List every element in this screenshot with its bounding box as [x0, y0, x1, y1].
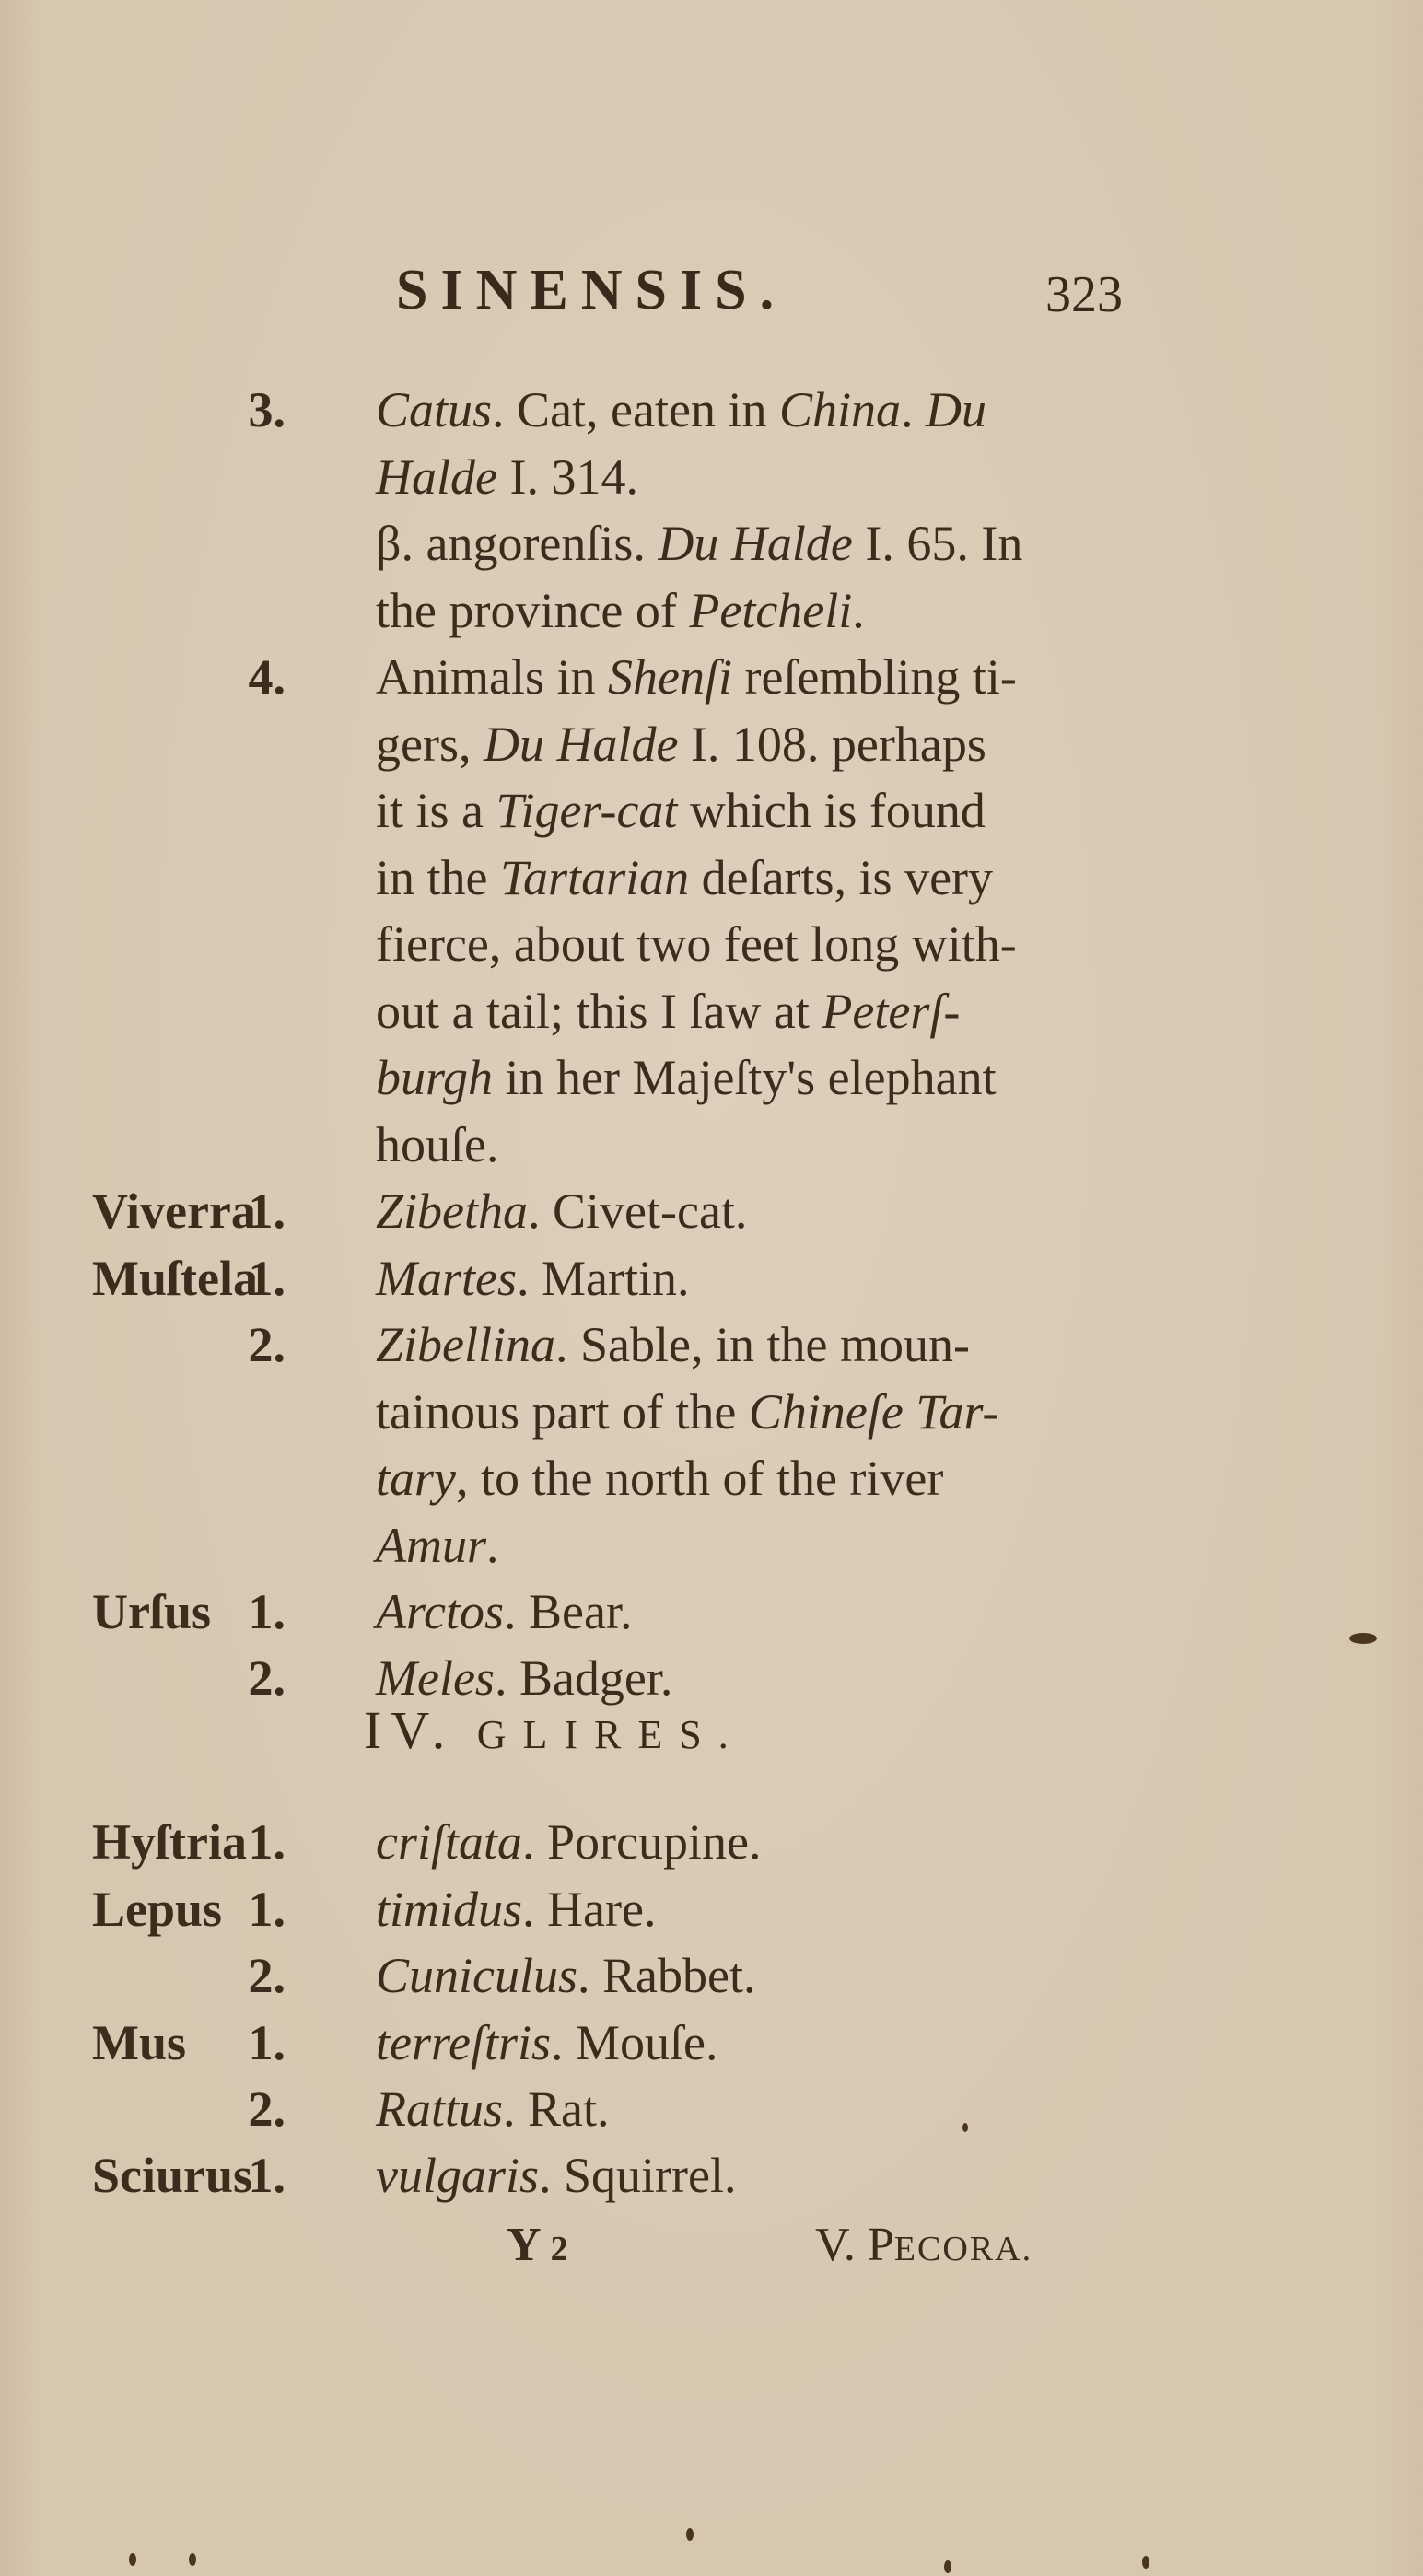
species-name: Rattus	[376, 2081, 503, 2137]
entry-line: 3.Catus. Cat, eaten in China. Du	[0, 373, 1423, 447]
species-name: Cuniculus	[376, 1948, 577, 2003]
entry-number: 1.	[249, 1872, 286, 1946]
section-title: GLIRES.	[477, 1712, 745, 1757]
entry-text: criſtata. Porcupine.	[376, 1805, 1113, 1879]
glires-entry: Lepus1.timidus. Hare.	[0, 1872, 1423, 1946]
paper-speck	[686, 2528, 694, 2541]
paper-speck	[129, 2553, 136, 2566]
common-name: . Hare.	[522, 1882, 656, 1937]
entry-line: Halde I. 314.	[0, 440, 1423, 514]
entry-line: 2.Zibellina. Sable, in the moun-	[0, 1308, 1423, 1381]
common-name: . Rabbet.	[577, 1948, 755, 2003]
entry-line: β. angorenſis. Du Halde I. 65. In	[0, 507, 1423, 580]
entry-text: it is a Tiger-cat which is found	[376, 774, 1113, 847]
entry-number: 1.	[249, 1575, 286, 1649]
entry-number: 3.	[249, 373, 286, 447]
entry-text: Zibellina. Sable, in the moun-	[376, 1308, 1113, 1381]
entry-text: tainous part of the Chineſe Tar-	[376, 1375, 1113, 1449]
paper-speck	[944, 2560, 951, 2573]
common-name: . Porcupine.	[522, 1814, 761, 1870]
entry-text: Rattus. Rat.	[376, 2072, 1113, 2146]
entry-text: tary, to the north of the river	[376, 1441, 1113, 1515]
signature-mark: Y2	[507, 2218, 568, 2272]
entry-line: Urſus1.Arctos. Bear.	[0, 1575, 1423, 1649]
glires-entry: 2.Rattus. Rat.	[0, 2072, 1423, 2146]
glires-entry: Hyſtria1.criſtata. Porcupine.	[0, 1805, 1423, 1879]
section-heading: IV. GLIRES.	[364, 1699, 745, 1761]
entry-text: fierce, about two feet long with-	[376, 907, 1113, 981]
entry-text: houſe.	[376, 1108, 1113, 1182]
entry-line: Amur.	[0, 1509, 1423, 1582]
entry-number: 2.	[249, 1939, 286, 2012]
entry-text: Martes. Martin.	[376, 1241, 1113, 1315]
catchword: V. PECORA.	[815, 2218, 1032, 2272]
glires-entry: 2.Cuniculus. Rabbet.	[0, 1939, 1423, 2012]
entry-line: Muſtela1.Martes. Martin.	[0, 1241, 1423, 1315]
common-name: . Mouſe.	[551, 2015, 718, 2070]
glires-entry: Mus1.terreſtris. Mouſe.	[0, 2006, 1423, 2080]
entry-text: Animals in Shenſi reſembling ti-	[376, 640, 1113, 714]
catchword-rest: ECORA.	[894, 2230, 1032, 2268]
entry-number: 1.	[249, 1241, 286, 1315]
entry-text: Cuniculus. Rabbet.	[376, 1939, 1113, 2012]
common-name: . Rat.	[503, 2081, 610, 2137]
entry-number: 1.	[249, 1805, 286, 1879]
signature-number: 2	[551, 2230, 568, 2268]
page-number: 323	[1045, 265, 1123, 324]
entry-number: 4.	[249, 640, 286, 714]
entry-text: β. angorenſis. Du Halde I. 65. In	[376, 507, 1113, 580]
entry-line: the province of Petcheli.	[0, 574, 1423, 647]
common-name: . Squirrel.	[539, 2148, 736, 2203]
entry-text: terreſtris. Mouſe.	[376, 2006, 1113, 2080]
species-name: criſtata	[376, 1814, 522, 1870]
running-head: SINENSIS.	[396, 258, 787, 323]
entry-text: out a tail; this I ſaw at Peterſ-	[376, 974, 1113, 1048]
entry-number: 1.	[249, 1174, 286, 1248]
entry-line: 4.Animals in Shenſi reſembling ti-	[0, 640, 1423, 714]
entry-line: burgh in her Majeſty's elephant	[0, 1041, 1423, 1114]
entry-text: the province of Petcheli.	[376, 574, 1113, 647]
entry-line: tainous part of the Chineſe Tar-	[0, 1375, 1423, 1449]
species-name: terreſtris	[376, 2015, 551, 2070]
entry-number: 2.	[249, 1641, 286, 1715]
entry-line: houſe.	[0, 1108, 1423, 1182]
paper-speck	[1142, 2556, 1149, 2569]
entry-line: it is a Tiger-cat which is found	[0, 774, 1423, 847]
entry-text: Halde I. 314.	[376, 440, 1113, 514]
book-page: SINENSIS. 323 3.Catus. Cat, eaten in Chi…	[0, 0, 1423, 2576]
paper-speck	[1349, 1633, 1377, 1644]
entry-text: in the Tartarian deſarts, is very	[376, 841, 1113, 915]
entry-number: 1.	[249, 2139, 286, 2212]
entry-text: vulgaris. Squirrel.	[376, 2139, 1113, 2212]
entry-line: Viverra1.Zibetha. Civet-cat.	[0, 1174, 1423, 1248]
entry-line: in the Tartarian deſarts, is very	[0, 841, 1423, 915]
entry-number: 2.	[249, 2072, 286, 2146]
entry-text: timidus. Hare.	[376, 1872, 1113, 1946]
paper-speck	[189, 2553, 196, 2566]
entry-number: 1.	[249, 2006, 286, 2080]
entry-text: gers, Du Halde I. 108. perhaps	[376, 707, 1113, 781]
catchword-numeral: V. P	[815, 2219, 894, 2271]
species-name: timidus	[376, 1882, 522, 1937]
entry-text: Zibetha. Civet-cat.	[376, 1174, 1113, 1248]
species-name: vulgaris	[376, 2148, 539, 2203]
entry-line: out a tail; this I ſaw at Peterſ-	[0, 974, 1423, 1048]
paper-speck	[962, 2123, 968, 2132]
signature-letter: Y	[507, 2219, 542, 2271]
entry-text: Amur.	[376, 1509, 1113, 1582]
entry-line: tary, to the north of the river	[0, 1441, 1423, 1515]
glires-entry: Sciurus1.vulgaris. Squirrel.	[0, 2139, 1423, 2212]
entry-text: Arctos. Bear.	[376, 1575, 1113, 1649]
section-numeral: IV.	[364, 1700, 454, 1760]
entry-number: 2.	[249, 1308, 286, 1381]
entry-line: fierce, about two feet long with-	[0, 907, 1423, 981]
entry-text: burgh in her Majeſty's elephant	[376, 1041, 1113, 1114]
entry-line: gers, Du Halde I. 108. perhaps	[0, 707, 1423, 781]
entry-text: Catus. Cat, eaten in China. Du	[376, 373, 1113, 447]
